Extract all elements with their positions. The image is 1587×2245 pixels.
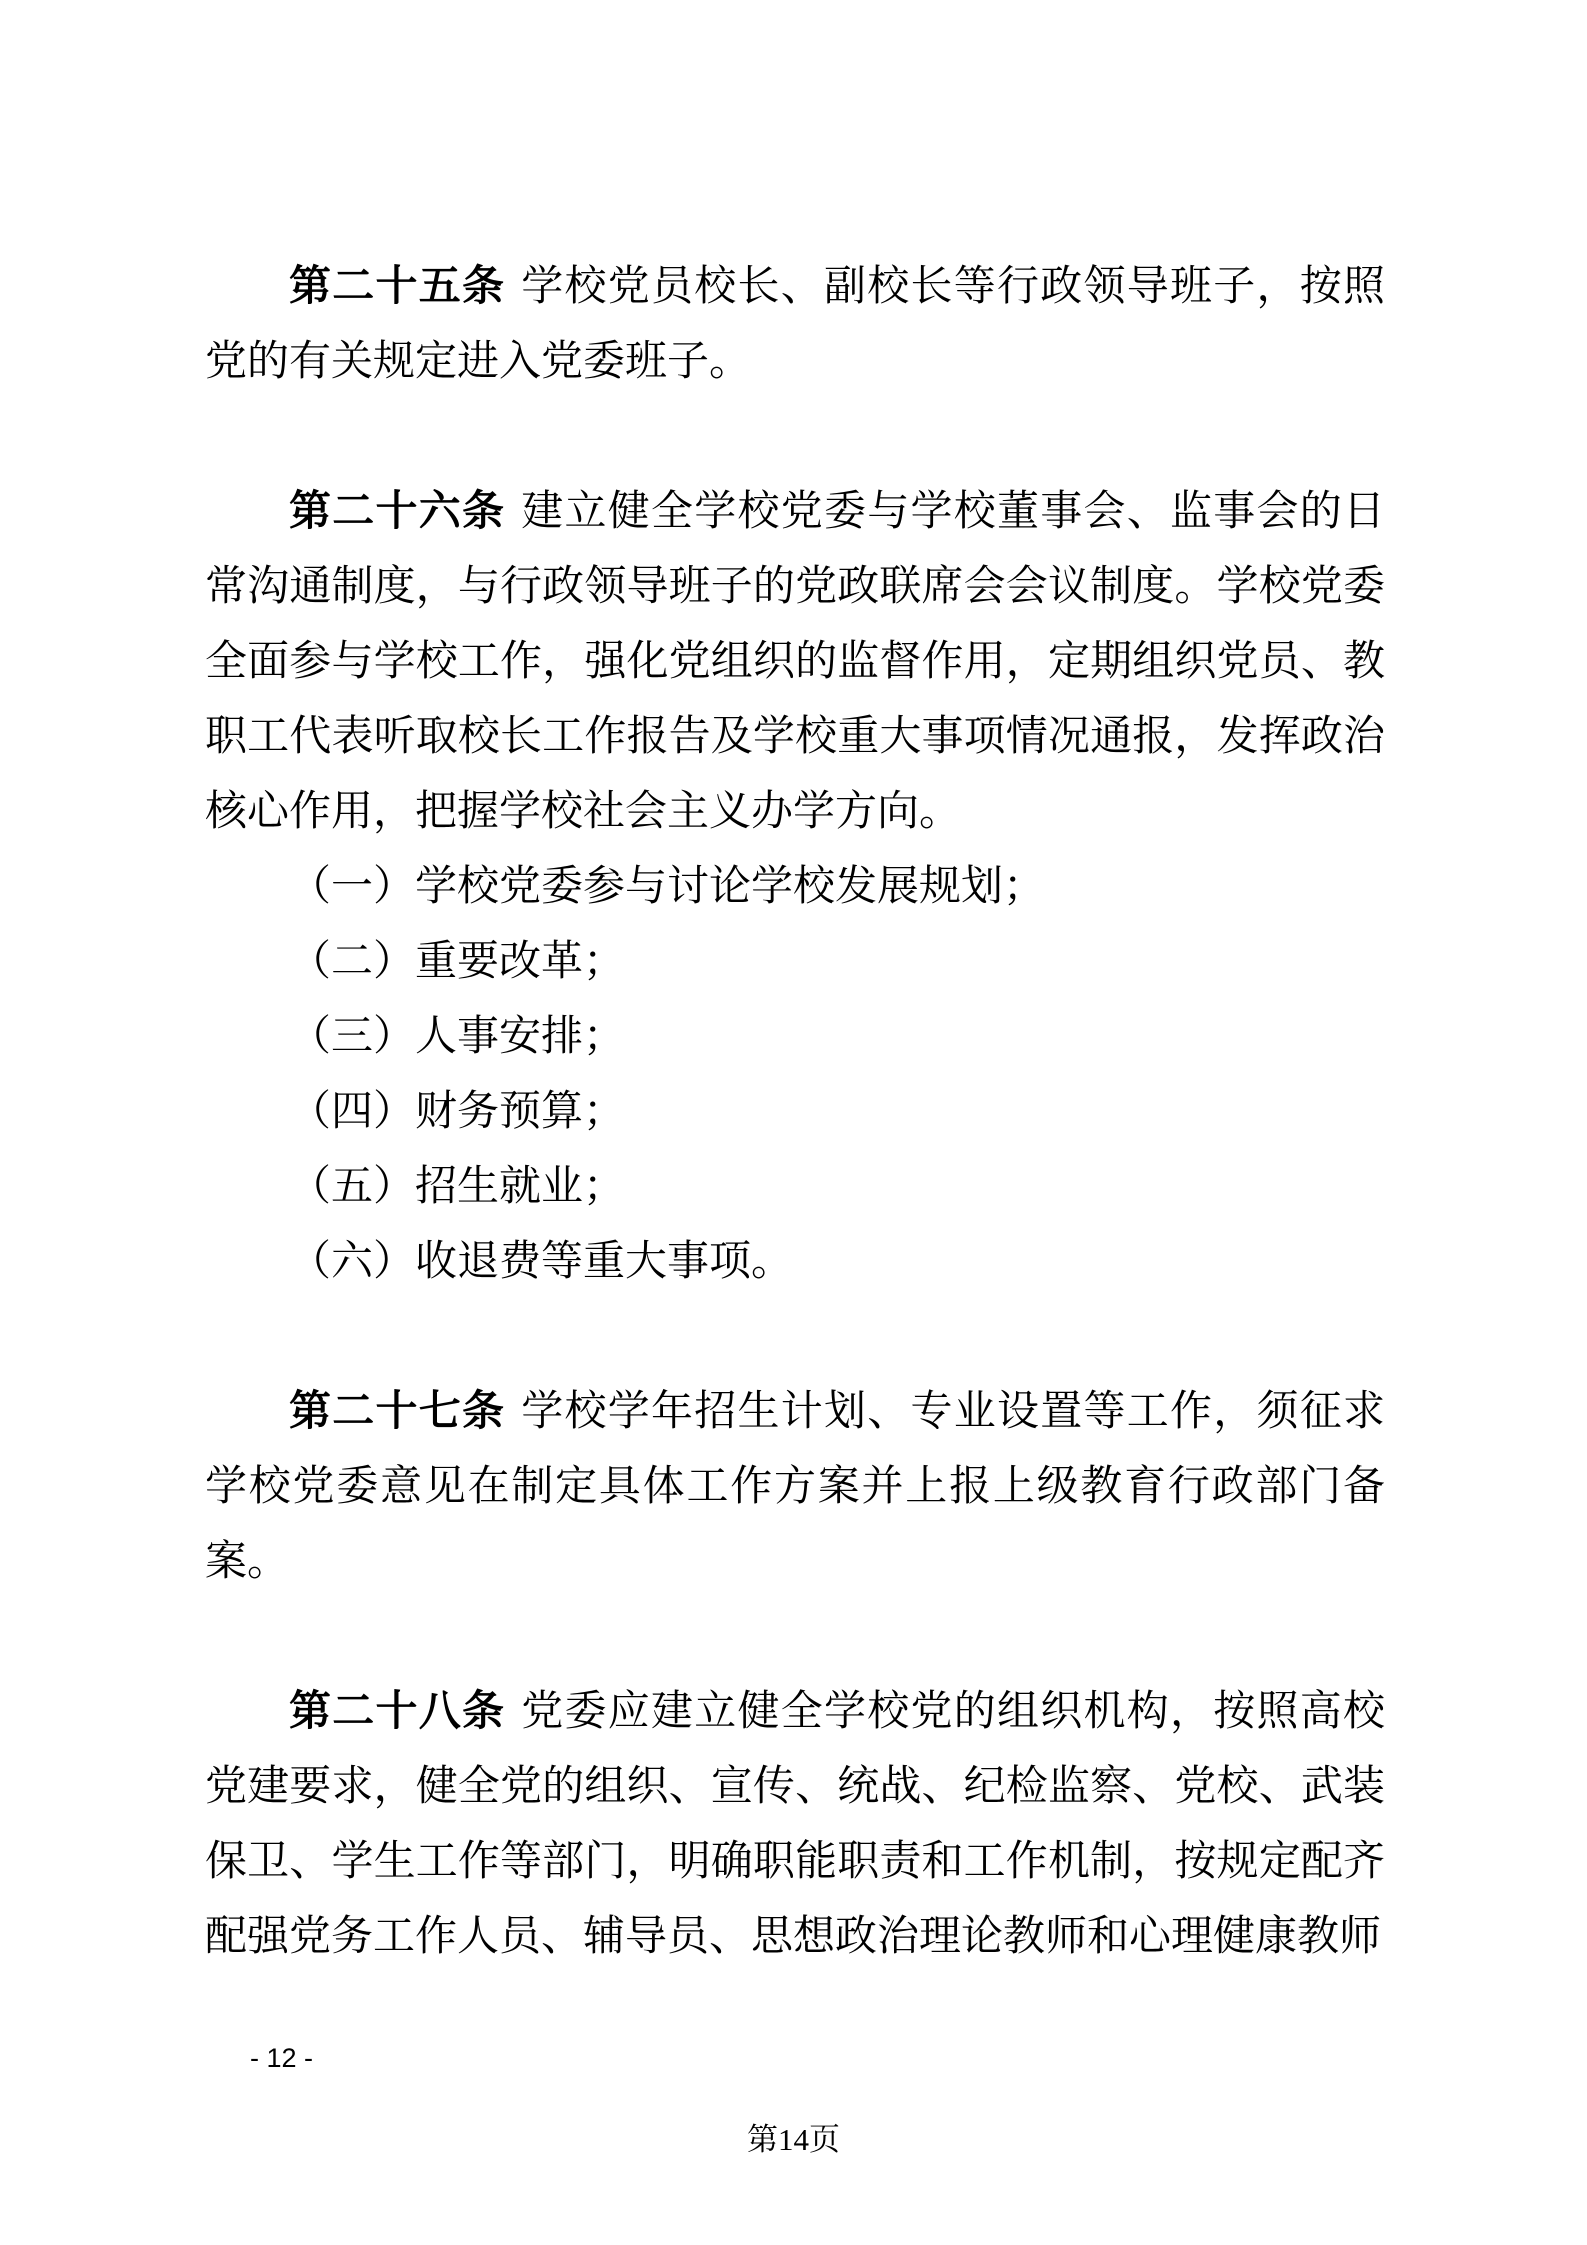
- list-item-3: （三）人事安排；: [205, 1000, 1385, 1075]
- list-item-1: （一）学校党委参与讨论学校发展规划；: [205, 850, 1385, 925]
- list-item-6: （六）收退费等重大事项。: [205, 1225, 1385, 1300]
- footnote-page-number: - 12 -: [250, 2042, 313, 2074]
- footer-page-label: 第14页: [0, 2122, 1587, 2158]
- article-27-paragraph: 第二十七条学校学年招生计划、专业设置等工作，须征求学校党委意见在制定具体工作方案…: [205, 1375, 1385, 1600]
- list-item-4: （四）财务预算；: [205, 1075, 1385, 1150]
- article-25-paragraph: 第二十五条学校党员校长、副校长等行政领导班子，按照党的有关规定进入党委班子。: [205, 250, 1385, 400]
- document-page: 第二十五条学校党员校长、副校长等行政领导班子，按照党的有关规定进入党委班子。 第…: [0, 0, 1587, 2245]
- article-28-paragraph: 第二十八条党委应建立健全学校党的组织机构，按照高校党建要求，健全党的组织、宣传、…: [205, 1675, 1385, 1975]
- article-26-paragraph: 第二十六条建立健全学校党委与学校董事会、监事会的日常沟通制度，与行政领导班子的党…: [205, 475, 1385, 850]
- list-item-5: （五）招生就业；: [205, 1150, 1385, 1225]
- article-27-number: 第二十七条: [289, 1389, 505, 1435]
- article-26-number: 第二十六条: [289, 489, 505, 535]
- article-28-number: 第二十八条: [289, 1689, 505, 1735]
- article-26-text: 建立健全学校党委与学校董事会、监事会的日常沟通制度，与行政领导班子的党政联席会会…: [205, 489, 1385, 835]
- article-25-number: 第二十五条: [289, 264, 505, 310]
- list-item-2: （二）重要改革；: [205, 925, 1385, 1000]
- document-body: 第二十五条学校党员校长、副校长等行政领导班子，按照党的有关规定进入党委班子。 第…: [205, 250, 1385, 1975]
